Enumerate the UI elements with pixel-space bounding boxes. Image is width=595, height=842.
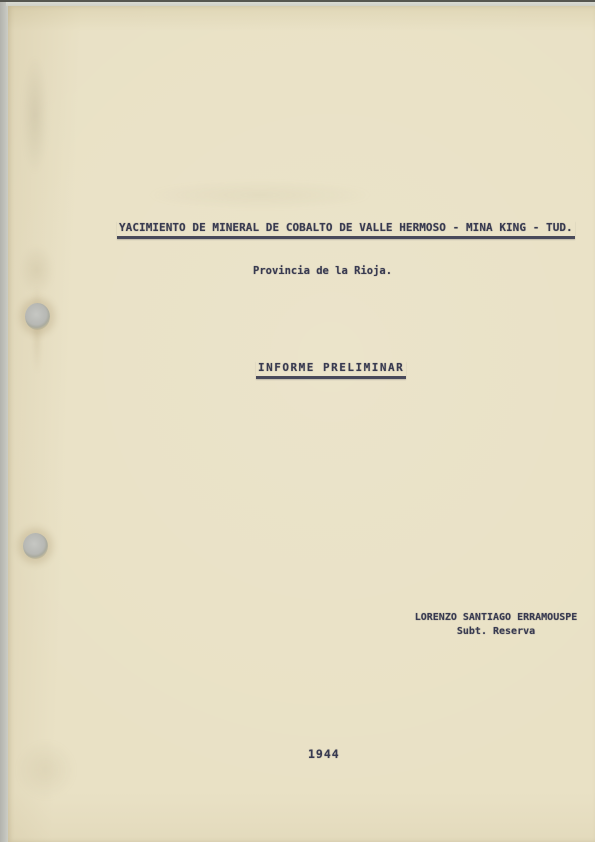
- punch-hole-top: [25, 303, 50, 330]
- document-subtitle: Provincia de la Rioja.: [253, 265, 392, 278]
- signature-block: LORENZO SANTIAGO ERRAMOUSPE Subt. Reserv…: [396, 611, 595, 638]
- paper-sheet: [8, 6, 595, 842]
- year-label: 1944: [308, 747, 340, 761]
- author-role: Subt. Reserva: [396, 625, 595, 639]
- document-title: YACIMIENTO DE MINERAL DE COBALTO DE VALL…: [117, 221, 575, 239]
- author-name: LORENZO SANTIAGO ERRAMOUSPE: [396, 611, 595, 625]
- punch-hole-smudge: [32, 285, 42, 375]
- scanned-page: { "document": { "title": "YACIMIENTO DE …: [0, 0, 595, 842]
- report-heading: INFORME PRELIMINAR: [256, 361, 406, 379]
- punch-hole-bottom: [23, 533, 48, 559]
